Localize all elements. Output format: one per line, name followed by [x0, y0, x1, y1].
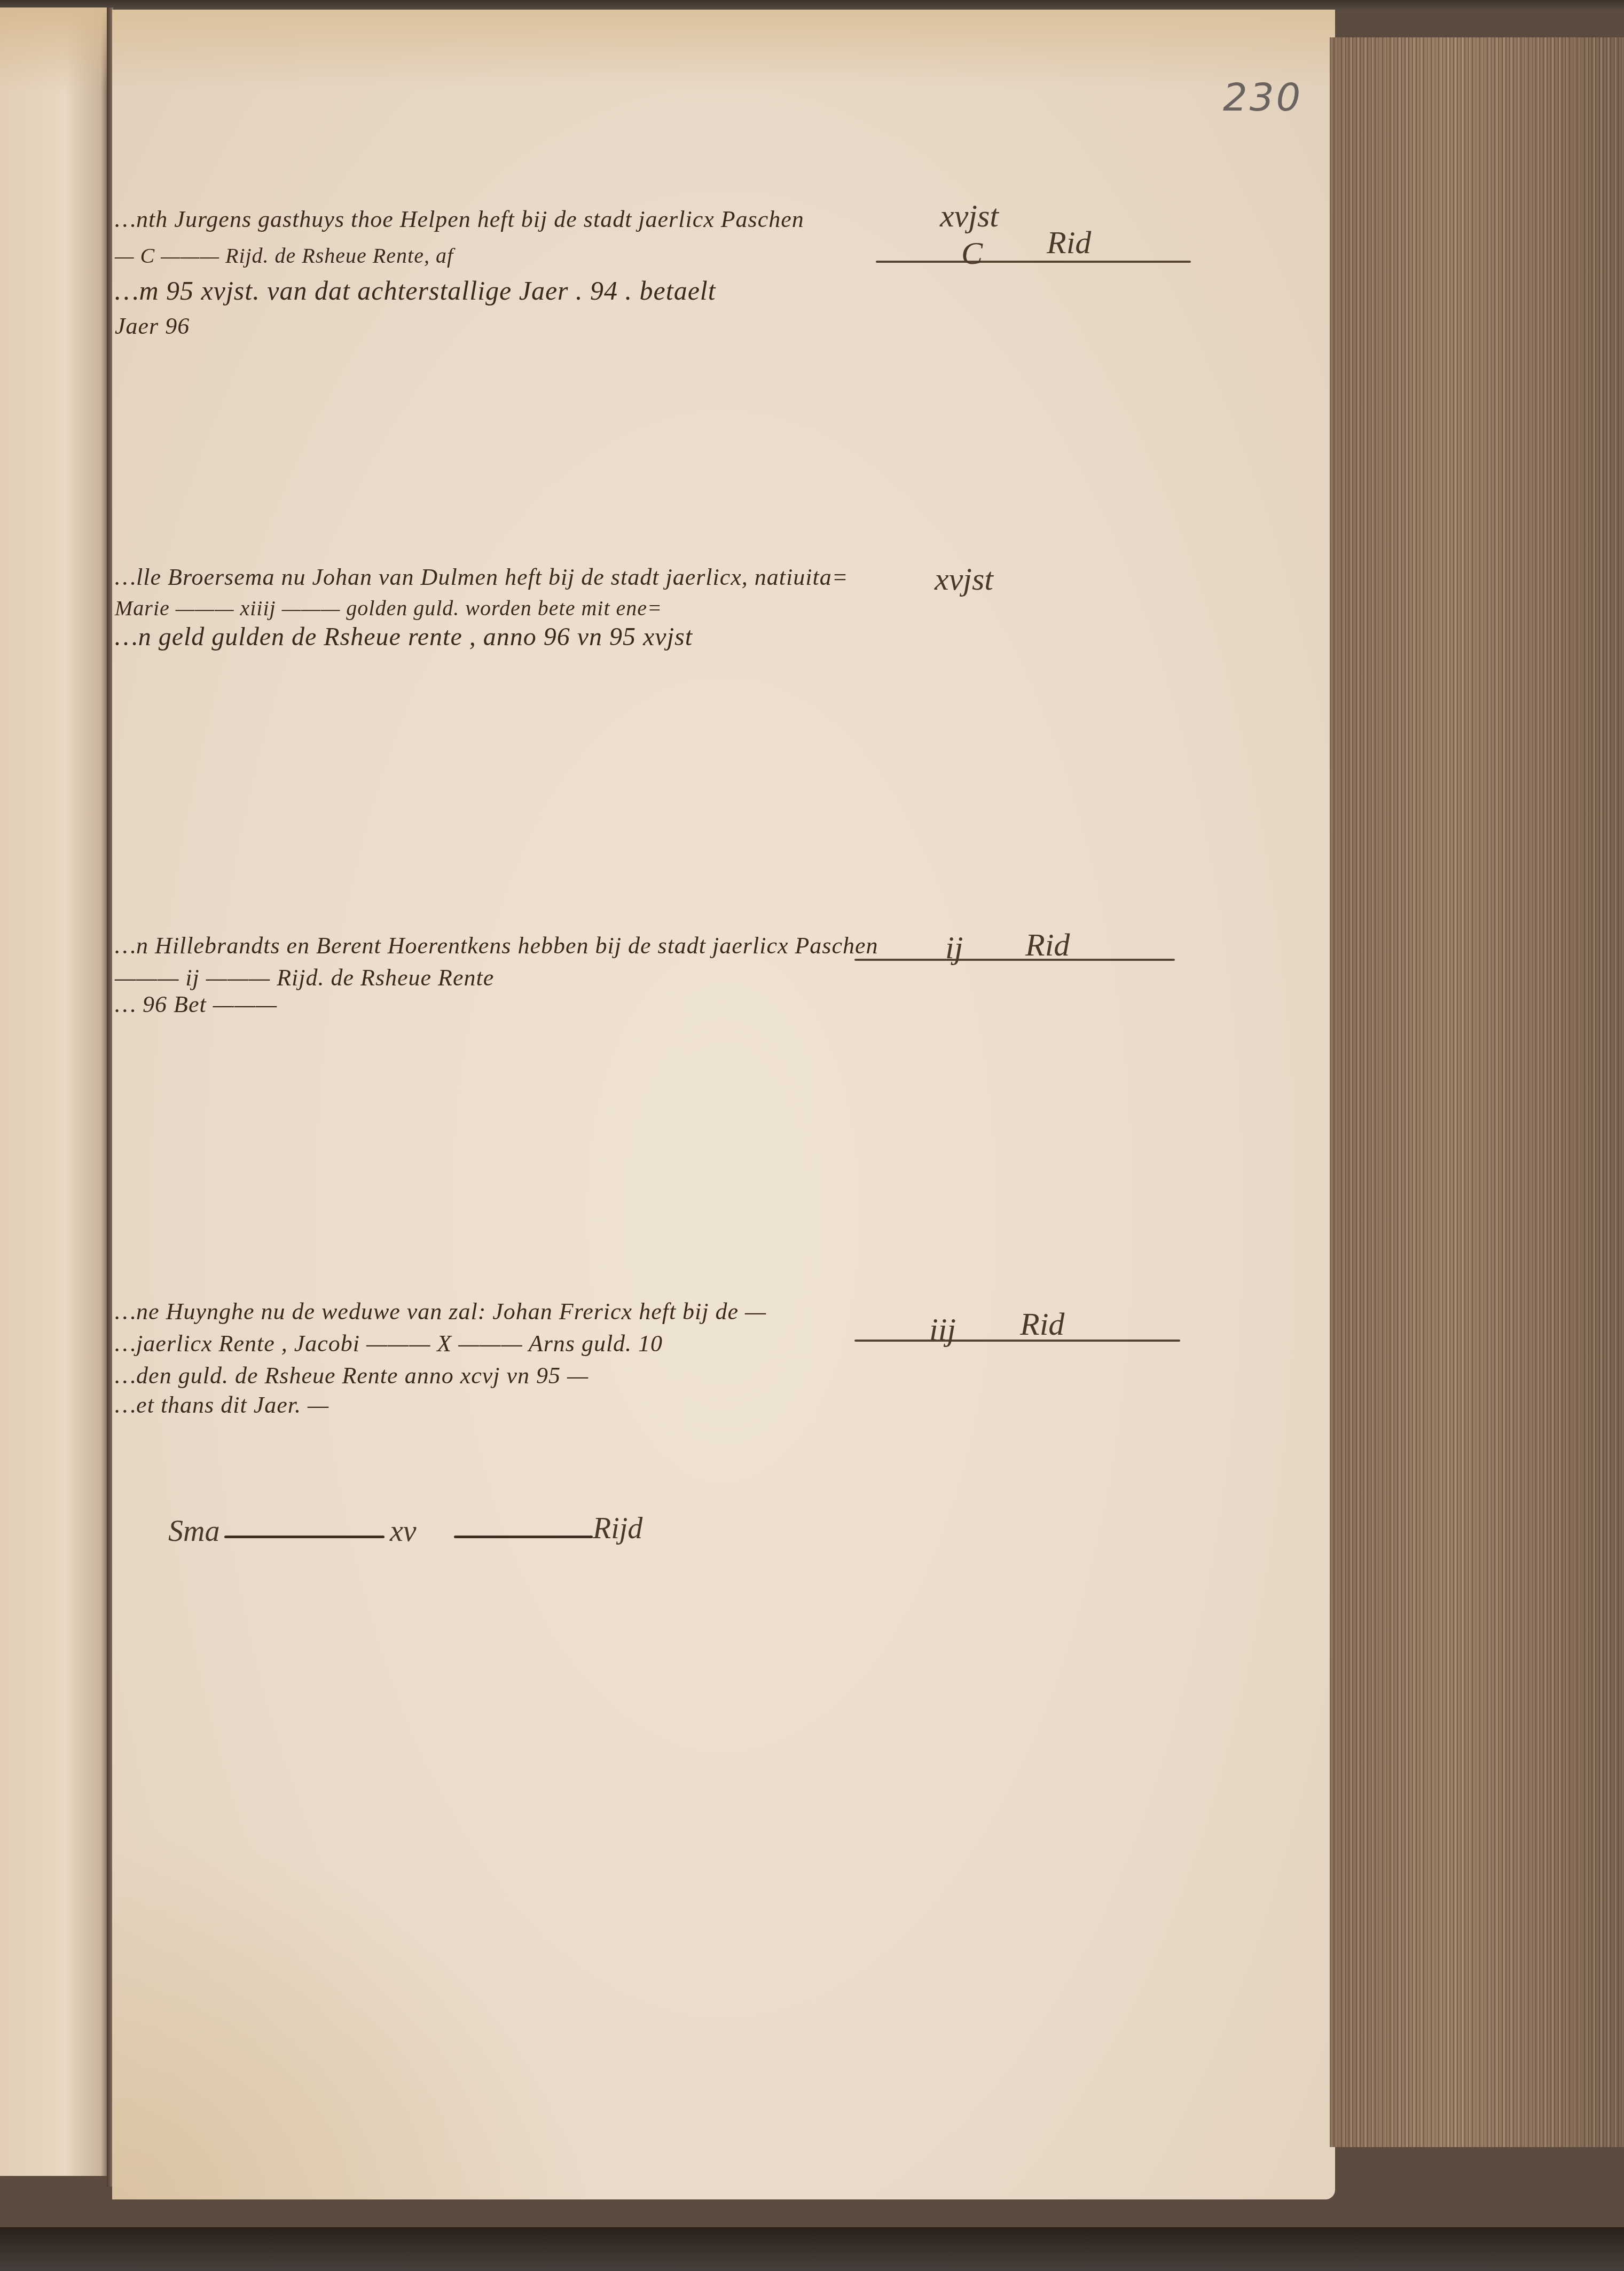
book-top-edge: [0, 0, 1624, 11]
entry-1-amount-bottom: C: [961, 235, 983, 272]
summary-label: Sma: [168, 1514, 219, 1548]
book-bottom-shadow: [0, 2227, 1624, 2271]
entry-3-line-1: …n Hillebrandts en Berent Hoerentkens he…: [115, 932, 878, 959]
water-stain-bottom: [112, 1826, 593, 2199]
entry-2-amount-top: xvjst: [935, 561, 993, 598]
entry-4-line-2: …jaerlicx Rente , Jacobi ——— X ——— Arns …: [115, 1330, 663, 1357]
manuscript-page: [112, 10, 1335, 2199]
summary-rule-left: [224, 1536, 385, 1538]
summary-value: xv: [390, 1514, 417, 1548]
entry-3-amount-rule: [854, 959, 1175, 961]
entry-2-line-1: …lle Broersema nu Johan van Dulmen heft …: [115, 563, 848, 591]
book-fore-edge: [1330, 37, 1624, 2147]
entry-4-amount-unit: Rid: [1020, 1306, 1064, 1343]
entry-1-line-4: Jaer 96: [115, 312, 190, 340]
entry-3-line-3: … 96 Bet ———: [115, 991, 277, 1018]
entry-4-amount-rule: [854, 1340, 1180, 1342]
summary-rule-right: [454, 1536, 593, 1538]
entry-4-line-3: …den guld. de Rsheue Rente anno xcvj vn …: [115, 1362, 589, 1389]
entry-4-amount-bottom: iij: [929, 1311, 956, 1348]
entry-3-amount-unit: Rid: [1025, 927, 1070, 964]
entry-1-line-1: …nth Jurgens gasthuys thoe Helpen heft b…: [115, 206, 804, 233]
entry-1-line-2: — C ——— Rijd. de Rsheue Rente, af: [115, 243, 453, 268]
entry-3-amount-bottom: ij: [945, 929, 963, 966]
entry-3-line-2: ——— ij ——— Rijd. de Rsheue Rente: [115, 964, 494, 991]
summary-unit: Rijd: [593, 1512, 642, 1546]
entry-1-amount-unit: Rid: [1047, 224, 1091, 261]
entry-1-amount-top: xvjst: [940, 198, 999, 234]
entry-4-line-1: …ne Huynghe nu de weduwe van zal: Johan …: [115, 1298, 766, 1325]
entry-2-line-2: Marie ——— xiiij ——— golden guld. worden …: [115, 596, 662, 621]
entry-2-line-3: …n geld gulden de Rsheue rente , anno 96…: [115, 622, 693, 652]
entry-1-line-3: …m 95 xvjst. van dat achterstallige Jaer…: [115, 275, 716, 306]
folio-number: 230: [1223, 75, 1303, 120]
water-stain-top: [112, 10, 1335, 90]
facing-page-left: [0, 7, 109, 2176]
entry-1-amount-rule: [876, 261, 1191, 263]
water-stain: [0, 7, 109, 93]
entry-4-line-4: …et thans dit Jaer. —: [115, 1391, 329, 1419]
